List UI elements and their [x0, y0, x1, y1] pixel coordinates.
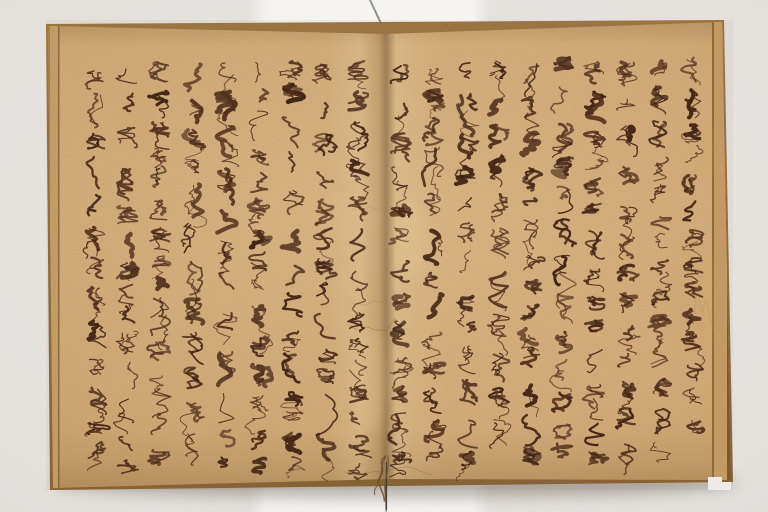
- photo-of-manuscript: [0, 0, 768, 512]
